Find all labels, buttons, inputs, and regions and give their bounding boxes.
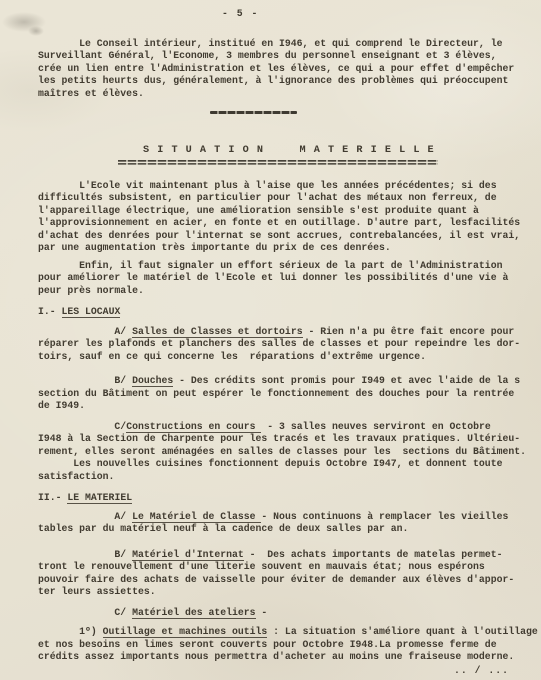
title-underline <box>118 160 438 166</box>
text-line: Surveillant Général, l'Econome, 3 membre… <box>38 50 541 63</box>
text-segment: - 5 - <box>222 8 259 19</box>
text-segment: d'achat des denrées pour l'internat se s… <box>38 230 520 241</box>
paragraph-ecole-vit: L'Ecole vit maintenant plus à l'aise que… <box>38 180 541 255</box>
text-segment: l'approvisionnement en acier, en fonte e… <box>38 217 520 228</box>
text-segment: maîtres et élèves. <box>38 88 144 99</box>
text-segment: II.- <box>38 492 67 503</box>
document-page: - 5 - Le Conseil intérieur, institué en … <box>0 0 541 680</box>
underlined-text: LE MATERIEL <box>67 492 132 504</box>
text-line: l'appareillage électrique, une améliorat… <box>38 205 541 218</box>
heading-le-materiel: II.- LE MATERIEL <box>38 492 541 505</box>
paragraph-douches: B/ Douches - Des crédits sont promis pou… <box>38 375 541 413</box>
page-number: - 5 - <box>222 8 541 21</box>
underlined-text: Matériel des ateliers <box>132 607 255 619</box>
text-segment: tables par du matériel neuf à la cadence… <box>38 523 408 534</box>
text-line: crée un lien entre l'Administration et l… <box>38 63 541 76</box>
underlined-text: Matériel d'Internat <box>132 549 244 561</box>
text-segment: L'Ecole vit maintenant plus à l'aise que… <box>38 180 497 191</box>
text-segment: Le Conseil intérieur, institué en I946, … <box>38 38 502 49</box>
text-line: S I T U A T I O N M A T E R I E L L E <box>143 145 541 158</box>
text-line: d'achat des denrées pour l'internat se s… <box>38 230 541 243</box>
text-line: tables par du matériel neuf à la cadence… <box>38 523 541 536</box>
text-segment: pouvoir faire des achats de vaisselle po… <box>38 574 514 585</box>
text-line: et nos besoins en limes seront couverts … <box>38 639 541 652</box>
text-segment: - 3 salles neuves serviront en Octobre <box>261 421 490 432</box>
heading-materiel-des-ateliers: C/ Matériel des ateliers - <box>38 607 541 620</box>
text-segment: : La situation s'améliore quant à l'outi… <box>267 626 537 637</box>
text-segment: les petits heurts dus, généralement, à l… <box>38 75 508 86</box>
text-line: C/ Matériel des ateliers - <box>38 607 541 620</box>
text-segment: crée un lien entre l'Administration et l… <box>38 63 514 74</box>
text-segment: par une augmentation très importante du … <box>38 242 391 253</box>
text-line: maîtres et élèves. <box>38 88 541 101</box>
text-line: A/ Le Matériel de Classe - Nous continuo… <box>38 511 541 524</box>
pencil-smudge-small <box>28 26 44 36</box>
paragraph-salles-de-classes: A/ Salles de Classes et dortoirs - Rien … <box>38 326 541 364</box>
text-segment: B/ <box>38 375 132 386</box>
text-segment: - Nous continuons à remplacer les vieill… <box>261 511 508 522</box>
text-line: Enfin, il faut signaler un effort sérieu… <box>38 260 541 273</box>
text-segment: I948 à la Section de Charpente pour les … <box>38 433 520 444</box>
continuation-mark: .. / ... <box>454 665 541 678</box>
text-line: C/Constructions en cours - 3 salles neuv… <box>38 421 541 434</box>
text-segment: Enfin, il faut signaler un effort sérieu… <box>38 260 502 271</box>
text-segment: Les nouvelles cuisines fonctionnent depu… <box>38 458 502 469</box>
text-segment: C/ <box>38 607 132 618</box>
text-line: L'Ecole vit maintenant plus à l'aise que… <box>38 180 541 193</box>
text-segment: et nos besoins en limes seront couverts … <box>38 639 497 650</box>
text-segment: S I T U A T I O N M A T E R I E L L E <box>143 145 435 156</box>
text-segment: - Des achats importants de matelas perme… <box>244 549 503 560</box>
text-line: toirs, sauf en ce qui concerne les répar… <box>38 351 541 364</box>
text-segment: A/ <box>38 511 132 522</box>
text-line: les petits heurts dus, généralement, à l… <box>38 75 541 88</box>
text-line: .. / ... <box>454 665 541 678</box>
text-segment: l'appareillage électrique, une améliorat… <box>38 205 479 216</box>
text-line: - 5 - <box>222 8 541 21</box>
underlined-text: LES LOCAUX <box>62 306 121 318</box>
text-segment: Surveillant Général, l'Econome, 3 membre… <box>38 50 497 61</box>
text-line: pouvoir faire des achats de vaisselle po… <box>38 574 541 587</box>
text-segment: section du Bâtiment on peut espérer le f… <box>38 388 514 399</box>
text-line: tront le renouvellement d'une literie so… <box>38 561 541 574</box>
paragraph-constructions-en-cours: C/Constructions en cours - 3 salles neuv… <box>38 421 541 484</box>
underlined-text: Douches <box>132 375 173 387</box>
underlined-text: Salles de Classes et dortoirs <box>132 326 303 338</box>
text-line: ter leurs assiettes. <box>38 586 541 599</box>
text-segment: difficultés subsistent, en particulier p… <box>38 192 497 203</box>
text-segment: toirs, sauf en ce qui concerne les répar… <box>38 351 426 362</box>
underlined-text: Le Matériel de Classe <box>132 511 261 523</box>
text-line: difficultés subsistent, en particulier p… <box>38 192 541 205</box>
section-title-situation-materielle: S I T U A T I O N M A T E R I E L L E <box>143 145 541 158</box>
text-line: par une augmentation très importante du … <box>38 242 541 255</box>
paragraph-enfin: Enfin, il faut signaler un effort sérieu… <box>38 260 541 298</box>
text-line: crédits assez importants nous permettra … <box>38 651 541 664</box>
text-line: Le Conseil intérieur, institué en I946, … <box>38 38 541 51</box>
text-line: I948 à la Section de Charpente pour les … <box>38 433 541 446</box>
text-segment: - <box>256 607 268 618</box>
paragraph-outillage-machines-outils: 1º) Outillage et machines outils : La si… <box>38 626 541 664</box>
text-line: de I949. <box>38 400 541 413</box>
text-segment: .. / ... <box>454 665 509 676</box>
text-segment: pour améliorer le matériel de l'Ecole et… <box>38 272 508 283</box>
text-line: 1º) Outillage et machines outils : La si… <box>38 626 541 639</box>
paragraph-conseil-interieur: Le Conseil intérieur, institué en I946, … <box>38 38 541 101</box>
text-segment: I.- <box>38 306 62 317</box>
text-line: réparer les plafonds et planchers des sa… <box>38 338 541 351</box>
text-segment: de I949. <box>38 400 85 411</box>
text-segment: peur près normale. <box>38 285 144 296</box>
text-line: l'approvisionnement en acier, en fonte e… <box>38 217 541 230</box>
text-line: satisfaction. <box>38 471 541 484</box>
text-line: I.- LES LOCAUX <box>38 306 541 319</box>
paragraph-materiel-de-classe: A/ Le Matériel de Classe - Nous continuo… <box>38 511 541 536</box>
text-segment: C/ <box>38 421 126 432</box>
text-segment: réparer les plafonds et planchers des sa… <box>38 338 520 349</box>
text-segment: - Des crédits sont promis pour I949 et a… <box>173 375 520 386</box>
text-segment: tront le renouvellement d'une literie so… <box>38 561 485 572</box>
text-line: B/ Matériel d'Internat - Des achats impo… <box>38 549 541 562</box>
underlined-text: Outillage et machines outils <box>103 626 268 638</box>
document-body: - 5 - Le Conseil intérieur, institué en … <box>38 8 541 677</box>
heading-les-locaux: I.- LES LOCAUX <box>38 306 541 319</box>
text-line: rement, elles seront aménagées en salles… <box>38 446 541 459</box>
text-line: peur près normale. <box>38 285 541 298</box>
text-segment: crédits assez importants nous permettra … <box>38 651 514 662</box>
text-line: Les nouvelles cuisines fonctionnent depu… <box>38 458 541 471</box>
underlined-text: Constructions en cours <box>126 421 261 433</box>
text-segment: B/ <box>38 549 132 560</box>
text-segment: satisfaction. <box>38 471 114 482</box>
text-line: B/ Douches - Des crédits sont promis pou… <box>38 375 541 388</box>
paragraph-materiel-internat: B/ Matériel d'Internat - Des achats impo… <box>38 549 541 599</box>
text-line: section du Bâtiment on peut espérer le f… <box>38 388 541 401</box>
text-line: A/ Salles de Classes et dortoirs - Rien … <box>38 326 541 339</box>
text-segment: A/ <box>38 326 132 337</box>
text-line: pour améliorer le matériel de l'Ecole et… <box>38 272 541 285</box>
text-segment: 1º) <box>38 626 103 637</box>
text-segment: ter leurs assiettes. <box>38 586 156 597</box>
section-divider <box>210 111 297 114</box>
text-line: II.- LE MATERIEL <box>38 492 541 505</box>
text-segment: - Rien n'a pu être fait encore pour <box>303 326 515 337</box>
text-segment: rement, elles seront aménagées en salles… <box>38 446 526 457</box>
